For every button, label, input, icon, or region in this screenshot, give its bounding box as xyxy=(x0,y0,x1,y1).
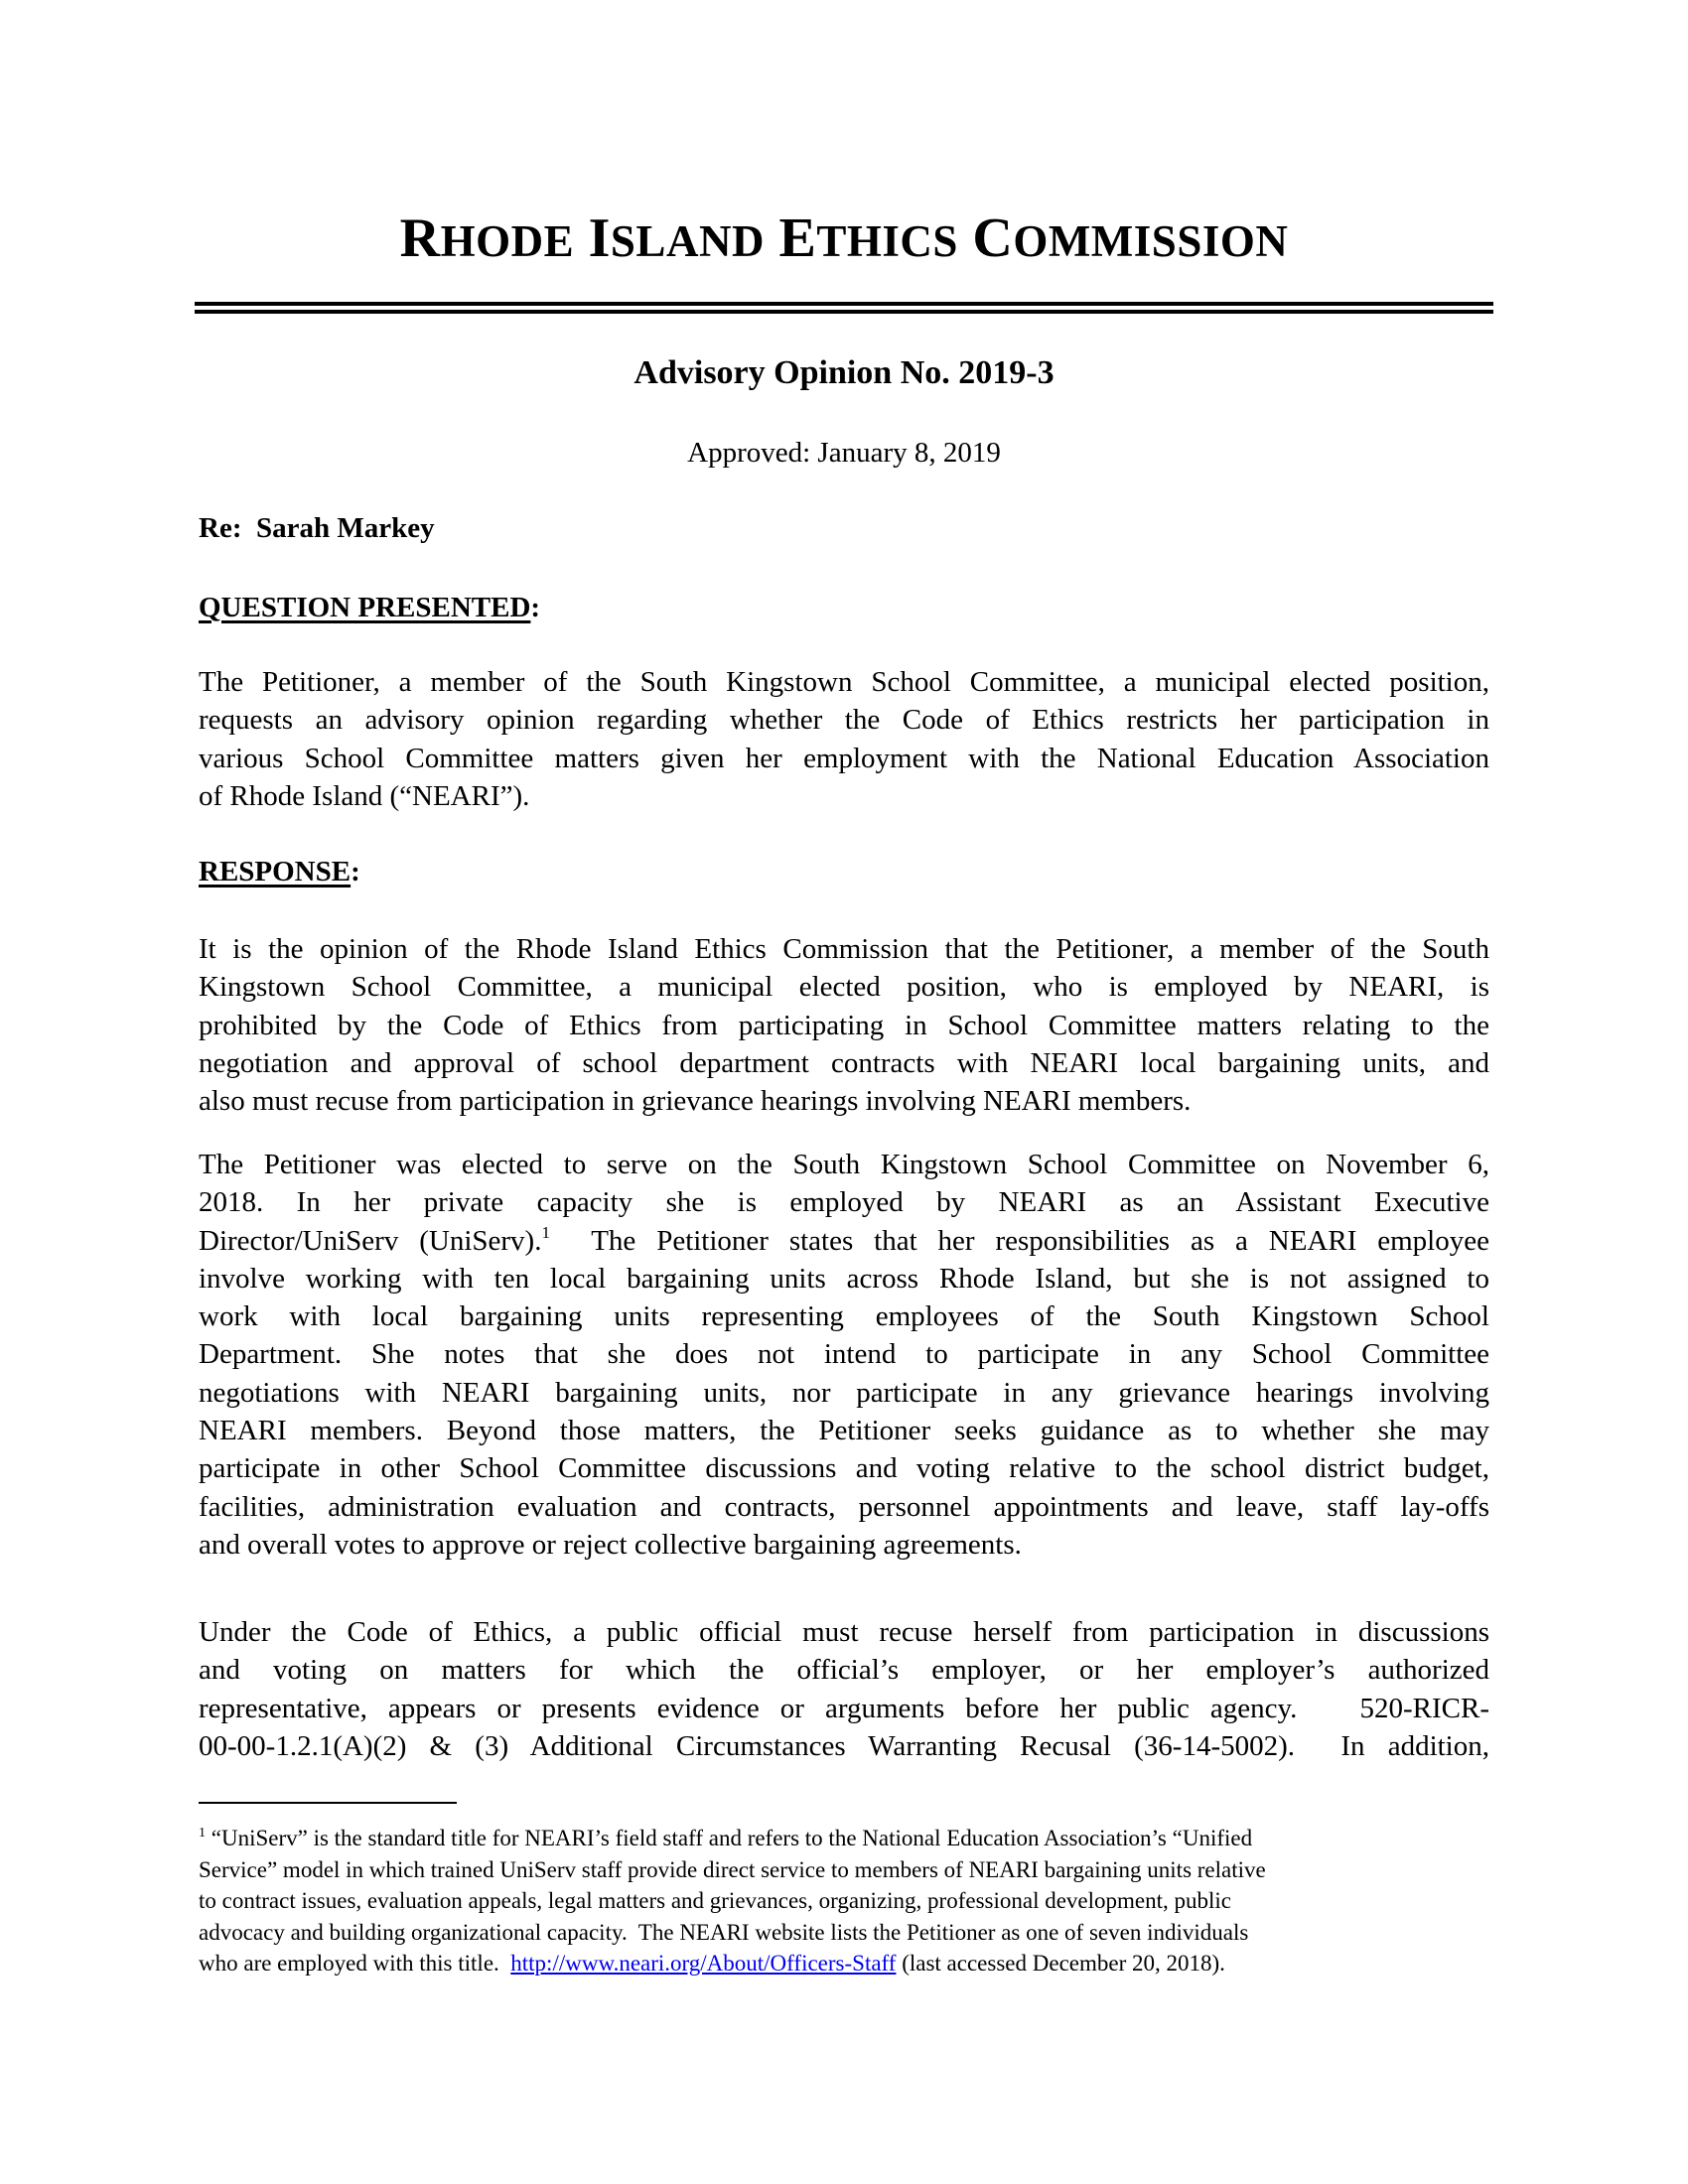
response-heading: RESPONSE: xyxy=(199,854,360,889)
footnote-line: Service” model in which trained UniServ … xyxy=(199,1854,1489,1886)
text-line: Under the Code of Ethics, a public offic… xyxy=(199,1613,1489,1651)
neari-staff-link[interactable]: http://www.neari.org/About/Officers-Staf… xyxy=(510,1951,896,1976)
text-line: NEARI members. Beyond those matters, the… xyxy=(199,1412,1489,1449)
text-line: Department. She notes that she does not … xyxy=(199,1335,1489,1373)
commission-title: RHODE ISLAND ETHICS COMMISSION xyxy=(195,206,1493,273)
text-line: negotiations with NEARI bargaining units… xyxy=(199,1374,1489,1412)
response-paragraph: It is the opinion of the Rhode Island Et… xyxy=(199,930,1489,1120)
re-label: Re: xyxy=(199,512,241,544)
text-line: various School Committee matters given h… xyxy=(199,740,1489,777)
question-paragraph: The Petitioner, a member of the South Ki… xyxy=(199,663,1489,815)
text-line: The Petitioner, a member of the South Ki… xyxy=(199,663,1489,701)
text-line: prohibited by the Code of Ethics from pa… xyxy=(199,1007,1489,1044)
text-line: involve working with ten local bargainin… xyxy=(199,1260,1489,1297)
code-of-ethics-paragraph: Under the Code of Ethics, a public offic… xyxy=(199,1613,1489,1765)
footnote-line: to contract issues, evaluation appeals, … xyxy=(199,1885,1489,1917)
approved-date: Approved: January 8, 2019 xyxy=(195,435,1493,471)
title-rule-top xyxy=(195,302,1493,306)
text-line: negotiation and approval of school depar… xyxy=(199,1044,1489,1082)
text-line: 00-00-1.2.1(A)(2) & (3) Additional Circu… xyxy=(199,1727,1489,1765)
text-line: and overall votes to approve or reject c… xyxy=(199,1526,1489,1564)
text-line: also must recuse from participation in g… xyxy=(199,1082,1489,1120)
title-word-island: ISLAND xyxy=(589,207,765,269)
opinion-number: Advisory Opinion No. 2019-3 xyxy=(195,353,1493,393)
title-word-ethics: ETHICS xyxy=(778,207,957,269)
text-line: of Rhode Island (“NEARI”). xyxy=(199,777,1489,815)
text-line: 2018. In her private capacity she is emp… xyxy=(199,1183,1489,1221)
text-line: and voting on matters for which the offi… xyxy=(199,1651,1489,1689)
text-line: facilities, administration evaluation an… xyxy=(199,1488,1489,1526)
text-line: participate in other School Committee di… xyxy=(199,1449,1489,1487)
text-line: It is the opinion of the Rhode Island Et… xyxy=(199,930,1489,968)
question-presented-heading: QUESTION PRESENTED: xyxy=(199,590,540,625)
footnote-separator xyxy=(199,1802,457,1804)
text-line: representative, appears or presents evid… xyxy=(199,1690,1489,1727)
re-name: Sarah Markey xyxy=(256,512,435,544)
text-line: work with local bargaining units represe… xyxy=(199,1297,1489,1335)
footnote: 1 “UniServ” is the standard title for NE… xyxy=(199,1823,1489,1979)
re-line: Re: Sarah Markey xyxy=(199,510,435,546)
background-paragraph: The Petitioner was elected to serve on t… xyxy=(199,1146,1489,1564)
footnote-line: 1 “UniServ” is the standard title for NE… xyxy=(199,1823,1489,1854)
text-line: The Petitioner was elected to serve on t… xyxy=(199,1146,1489,1183)
footnote-number: 1 xyxy=(199,1826,206,1841)
title-rule-bottom xyxy=(195,310,1493,314)
document-page: RHODE ISLAND ETHICS COMMISSION Advisory … xyxy=(0,0,1688,2184)
footnote-line: advocacy and building organizational cap… xyxy=(199,1917,1489,1949)
text-line: Kingstown School Committee, a municipal … xyxy=(199,968,1489,1006)
footnote-reference[interactable]: 1 xyxy=(541,1223,550,1242)
title-word-rhode: RHODE xyxy=(400,207,574,269)
text-line: Director/UniServ (UniServ).1 The Petitio… xyxy=(199,1222,1489,1260)
footnote-line: who are employed with this title. http:/… xyxy=(199,1948,1489,1979)
title-word-commission: COMMISSION xyxy=(972,207,1288,269)
text-line: requests an advisory opinion regarding w… xyxy=(199,701,1489,739)
